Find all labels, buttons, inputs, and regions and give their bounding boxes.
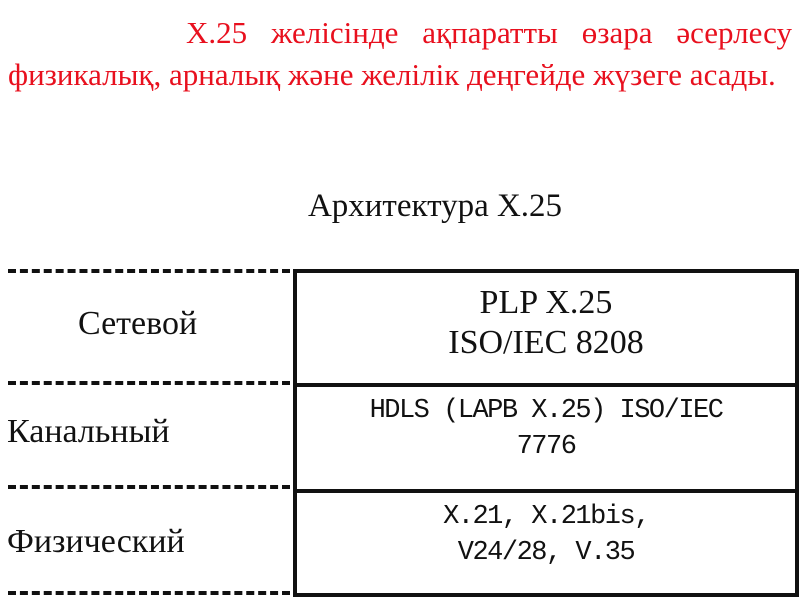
layer-label-physical: Физический xyxy=(7,523,185,561)
protocol-cell-network: PLP X.25 ISO/IEC 8208 xyxy=(297,273,795,383)
layer-label-data-link: Канальный xyxy=(7,413,170,451)
protocol-cell-data-link: HDLS (LAPB X.25) ISO/IEC 7776 xyxy=(297,383,795,489)
protocol-line: HDLS (LAPB X.25) ISO/IEC xyxy=(297,393,795,429)
protocol-line: ISO/IEC 8208 xyxy=(297,323,795,363)
layer-label-network: Сетевой xyxy=(78,305,197,343)
protocol-line: X.21, X.21bis, xyxy=(297,499,795,535)
layer-boundary-dashed-line xyxy=(8,381,290,385)
protocol-line: 7776 xyxy=(297,429,795,465)
intro-text: X.25 желісінде ақпаратты өзара әсерлесу … xyxy=(8,15,792,92)
layer-boundary-dashed-line xyxy=(8,269,290,273)
protocol-line: PLP X.25 xyxy=(297,283,795,323)
protocol-stack-table: PLP X.25 ISO/IEC 8208 HDLS (LAPB X.25) I… xyxy=(293,269,799,597)
layer-boundary-dashed-line xyxy=(8,485,290,489)
protocol-line: V24/28, V.35 xyxy=(297,535,795,571)
intro-paragraph: X.25 желісінде ақпаратты өзара әсерлесу … xyxy=(8,12,792,96)
protocol-cell-physical: X.21, X.21bis, V24/28, V.35 xyxy=(297,489,795,593)
diagram-title: Архитектура X.25 xyxy=(0,188,800,225)
layer-boundary-dashed-line xyxy=(8,591,290,595)
